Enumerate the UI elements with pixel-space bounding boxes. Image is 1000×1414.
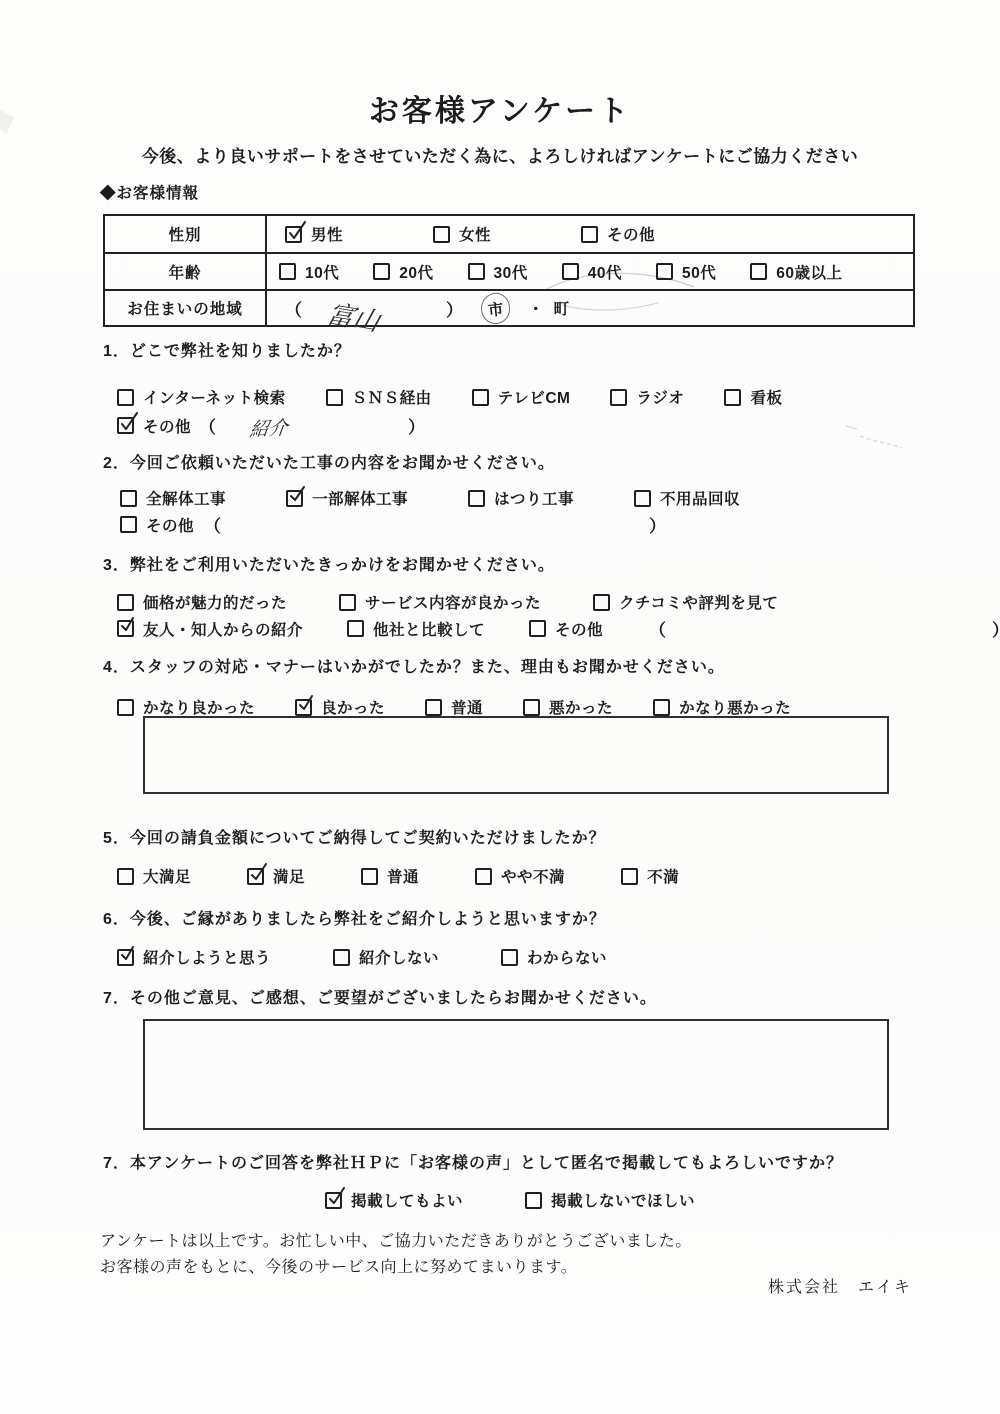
checkbox-friend-referral[interactable] (117, 620, 134, 637)
checkbox-compare-others[interactable] (347, 620, 364, 637)
checkbox-label: 50代 (682, 261, 716, 283)
footer-thanks-line: アンケートは以上です。お忙しい中、ご協力いただきありがとうございました。 (100, 1228, 692, 1251)
q3-options-row2: 友人・知人からの紹介 他社と比較して その他 （ ） (117, 616, 1000, 641)
checkbox-radio[interactable] (610, 389, 627, 406)
paren-close: ） (446, 296, 463, 321)
separator-dot: ・ (528, 297, 544, 319)
checkbox-will-refer[interactable] (117, 949, 134, 966)
blank-space (288, 425, 408, 426)
checkbox-label: 30代 (494, 261, 528, 283)
checkbox-age-60plus[interactable] (750, 263, 767, 280)
q7b-options-row: 掲載してもよい 掲載しないでほしい (325, 1189, 695, 1211)
q5-options-row: 大満足 満足 普通 やや不満 不満 (117, 865, 679, 887)
checkbox-gender-other[interactable] (581, 226, 598, 243)
checkbox-junk-removal[interactable] (634, 490, 651, 507)
checkbox-partial-demolition[interactable] (286, 490, 303, 507)
option-internet-search[interactable]: インターネット検索 (117, 386, 286, 408)
checkbox-label: その他 (146, 514, 194, 536)
checkbox-dissatisfied[interactable] (621, 868, 638, 885)
customer-info-heading: ◆お客様情報 (100, 181, 199, 203)
footer-improve-line: お客様の声をもとに、今後のサービス向上に努めてまいります。 (100, 1254, 577, 1277)
option-chipping-work[interactable]: はつり工事 (468, 487, 574, 509)
check-mark-icon (325, 1186, 349, 1210)
option-q2-other[interactable]: その他 (120, 514, 194, 536)
table-row-area: お住まいの地域 （ 富山 ） 市 ・ 町 (105, 291, 913, 325)
option-partial-demolition[interactable]: 一部解体工事 (286, 487, 408, 509)
q3-options-row1: 価格が魅力的だった サービス内容が良かった クチコミや評判を見て (117, 591, 778, 613)
checkbox-allow-publication[interactable] (325, 1192, 342, 1209)
option-age-40s[interactable]: 40代 (562, 261, 622, 283)
checkbox-label: その他 (143, 415, 191, 437)
customer-info-table: 性別 男性 女性 その他 年齢 (103, 214, 915, 327)
checkbox-good[interactable] (295, 699, 312, 716)
checkbox-label: その他 (607, 223, 655, 245)
checkbox-label: 掲載してもよい (351, 1189, 463, 1211)
checkbox-label: はつり工事 (494, 487, 574, 509)
option-very-bad[interactable]: かなり悪かった (653, 696, 791, 718)
blank-space (221, 524, 649, 525)
paren-open: （ (204, 512, 221, 537)
checkbox-q2-other[interactable] (120, 516, 137, 533)
checkbox-chipping-work[interactable] (468, 490, 485, 507)
checkbox-label: 不用品回収 (660, 487, 740, 509)
checkbox-age-50s[interactable] (656, 263, 673, 280)
option-gender-female[interactable]: 女性 (433, 223, 491, 245)
checkbox-sns[interactable] (326, 389, 343, 406)
checkbox-label: 紹介しない (359, 946, 439, 968)
option-q1-other[interactable]: その他 (117, 415, 191, 437)
paren-open: （ (285, 296, 302, 321)
option-wont-refer[interactable]: 紹介しない (333, 946, 439, 968)
checkbox-signboard[interactable] (724, 389, 741, 406)
checkbox-label: かなり良かった (143, 696, 255, 718)
q6-options-row: 紹介しようと思う 紹介しない わからない (117, 946, 607, 968)
checkbox-label: サービス内容が良かった (365, 591, 541, 613)
q1-other-row: その他 （ 紹介 ） (117, 412, 425, 439)
checkbox-age-10s[interactable] (279, 263, 296, 280)
checkbox-label: 他社と比較して (373, 618, 485, 640)
paren-close: ） (408, 413, 425, 438)
checkbox-label: やや不満 (501, 865, 565, 887)
checkbox-label: インターネット検索 (143, 386, 286, 408)
q4-heading: 4．スタッフの対応・マナーはいかがでしたか？また、理由もお聞かせください。 (103, 654, 725, 677)
page-subtitle: 今後、より良いサポートをさせていただく為に、よろしければアンケートにご協力くださ… (0, 142, 1000, 167)
paren-open: （ (199, 413, 216, 438)
checkbox-reviews[interactable] (593, 594, 610, 611)
checkbox-internet-search[interactable] (117, 389, 134, 406)
option-very-satisfied[interactable]: 大満足 (117, 865, 191, 887)
option-sns[interactable]: ＳＮＳ経由 (326, 386, 432, 408)
checkbox-somewhat-dissatisfied[interactable] (475, 868, 492, 885)
checkbox-label: テレビCM (498, 386, 571, 408)
row-label-area: お住まいの地域 (105, 291, 267, 325)
option-signboard[interactable]: 看板 (724, 386, 782, 408)
option-gender-male[interactable]: 男性 (285, 223, 343, 245)
checkbox-age-20s[interactable] (373, 263, 390, 280)
checkbox-label: 大満足 (143, 865, 191, 887)
company-name: 株式会社 エイキ (768, 1274, 912, 1297)
checkbox-label: ラジオ (636, 386, 684, 408)
q1-options-row: インターネット検索 ＳＮＳ経由 テレビCM ラジオ 看板 (117, 386, 782, 408)
checkbox-label: 掲載しないでほしい (551, 1189, 695, 1211)
checkbox-age-30s[interactable] (468, 263, 485, 280)
checkbox-attractive-price[interactable] (117, 594, 134, 611)
option-will-refer[interactable]: 紹介しようと思う (117, 946, 271, 968)
checkbox-q5-normal[interactable] (361, 868, 378, 885)
checkbox-very-satisfied[interactable] (117, 868, 134, 885)
checkbox-label: 60歳以上 (776, 261, 842, 283)
q3-heading: 3．弊社をご利用いただいたきっかけをお聞かせください。 (103, 552, 555, 575)
circled-city-mark: 市 (479, 291, 511, 325)
option-dissatisfied[interactable]: 不満 (621, 865, 679, 887)
checkbox-good-service[interactable] (339, 594, 356, 611)
checkbox-full-demolition[interactable] (120, 490, 137, 507)
checkbox-label: 不満 (647, 865, 679, 887)
paren-close: ） (649, 512, 666, 537)
checkbox-label: 女性 (459, 223, 491, 245)
checkbox-label: 紹介しようと思う (143, 946, 271, 968)
option-friend-referral[interactable]: 友人・知人からの紹介 (117, 618, 303, 640)
checkbox-label: 10代 (305, 261, 339, 283)
option-good[interactable]: 良かった (295, 696, 385, 718)
row-label-age: 年齢 (105, 254, 267, 289)
check-mark-icon (117, 411, 141, 435)
checkbox-label: かなり悪かった (679, 696, 791, 718)
town-label: 町 (554, 297, 570, 319)
checkbox-label: 良かった (321, 696, 385, 718)
checkbox-age-40s[interactable] (562, 263, 579, 280)
blank-space (382, 308, 446, 309)
q1-heading: 1．どこで弊社を知りましたか？ (103, 338, 351, 361)
checkbox-q1-other[interactable] (117, 417, 134, 434)
option-age-50s[interactable]: 50代 (656, 261, 716, 283)
table-row-age: 年齢 10代 20代 30代 40代 (105, 254, 913, 291)
checkbox-label: ＳＮＳ経由 (352, 386, 432, 408)
checkbox-label: 価格が魅力的だった (143, 591, 287, 613)
checkbox-label: 一部解体工事 (312, 487, 408, 509)
checkbox-label: 普通 (387, 865, 419, 887)
checkbox-satisfied[interactable] (247, 868, 264, 885)
option-age-30s[interactable]: 30代 (468, 261, 528, 283)
option-tv-cm[interactable]: テレビCM (472, 386, 571, 408)
q5-heading: 5．今回の請負金額についてご納得してご契約いただけましたか？ (103, 825, 606, 848)
checkbox-q3-other[interactable] (529, 620, 546, 637)
handwritten-q1-other-value: 紹介 (248, 413, 289, 442)
checkbox-very-good[interactable] (117, 699, 134, 716)
option-gender-other[interactable]: その他 (581, 223, 655, 245)
q6-heading: 6．今後、ご縁がありましたら弊社をご紹介しようと思いますか？ (103, 906, 606, 929)
option-deny-publication[interactable]: 掲載しないでほしい (525, 1189, 695, 1211)
checkbox-label: 悪かった (549, 696, 613, 718)
checkbox-tv-cm[interactable] (472, 389, 489, 406)
option-very-good[interactable]: かなり良かった (117, 696, 255, 718)
checkbox-label: その他 (555, 618, 603, 640)
option-dont-know[interactable]: わからない (501, 946, 607, 968)
checkbox-label: クチコミや評判を見て (619, 591, 778, 613)
q7-heading: 7．その他ご意見、ご感想、ご要望がございましたらお聞かせください。 (103, 985, 657, 1008)
checkbox-label: 20代 (399, 261, 433, 283)
check-mark-icon (117, 943, 141, 967)
option-satisfied[interactable]: 満足 (247, 865, 305, 887)
row-label-gender: 性別 (105, 216, 267, 252)
survey-page: お客様アンケート 今後、より良いサポートをさせていただく為に、よろしければアンケ… (0, 0, 1000, 1414)
option-good-service[interactable]: サービス内容が良かった (339, 591, 541, 613)
checkbox-label: 満足 (273, 865, 305, 887)
option-reviews[interactable]: クチコミや評判を見て (593, 591, 778, 613)
checkbox-very-bad[interactable] (653, 699, 670, 716)
paren-open: （ (649, 616, 666, 641)
handwritten-area-value: 富山 (323, 294, 384, 338)
option-q3-other[interactable]: その他 (529, 618, 603, 640)
q2-options-row: 全解体工事 一部解体工事 はつり工事 不用品回収 (120, 487, 740, 509)
option-allow-publication[interactable]: 掲載してもよい (325, 1189, 463, 1211)
option-junk-removal[interactable]: 不用品回収 (634, 487, 740, 509)
q4-options-row: かなり良かった 良かった 普通 悪かった かなり悪かった (117, 696, 791, 718)
option-normal[interactable]: 普通 (425, 696, 483, 718)
option-attractive-price[interactable]: 価格が魅力的だった (117, 591, 287, 613)
checkbox-wont-refer[interactable] (333, 949, 350, 966)
city-label: 市 (487, 296, 505, 320)
option-full-demolition[interactable]: 全解体工事 (120, 487, 226, 509)
checkbox-male[interactable] (285, 226, 302, 243)
option-bad[interactable]: 悪かった (523, 696, 613, 718)
check-mark-icon (117, 614, 141, 638)
check-mark-icon (295, 693, 319, 717)
checkbox-dont-know[interactable] (501, 949, 518, 966)
blank-space (710, 628, 948, 629)
checkbox-label: わからない (527, 946, 607, 968)
option-radio[interactable]: ラジオ (610, 386, 684, 408)
checkbox-deny-publication[interactable] (525, 1192, 542, 1209)
check-mark-icon (247, 862, 271, 886)
q4-comment-box[interactable] (143, 716, 889, 794)
option-age-10s[interactable]: 10代 (279, 261, 339, 283)
checkbox-label: 看板 (750, 386, 782, 408)
page-title: お客様アンケート (0, 86, 1000, 130)
check-mark-icon (286, 484, 310, 508)
checkbox-label: 全解体工事 (146, 487, 226, 509)
paren-close: ） (992, 616, 1000, 641)
checkbox-label: 普通 (451, 696, 483, 718)
checkbox-label: 40代 (588, 261, 622, 283)
q2-other-row: その他 （ ） (120, 512, 666, 537)
checkbox-normal[interactable] (425, 699, 442, 716)
checkbox-female[interactable] (433, 226, 450, 243)
option-age-20s[interactable]: 20代 (373, 261, 433, 283)
check-mark-icon (285, 220, 309, 244)
checkbox-label: 男性 (311, 223, 343, 245)
q7-comment-box[interactable] (143, 1019, 889, 1130)
option-compare-others[interactable]: 他社と比較して (347, 618, 485, 640)
option-somewhat-dissatisfied[interactable]: やや不満 (475, 865, 565, 887)
table-row-gender: 性別 男性 女性 その他 (105, 216, 913, 254)
option-age-60plus[interactable]: 60歳以上 (750, 261, 842, 283)
checkbox-bad[interactable] (523, 699, 540, 716)
option-q5-normal[interactable]: 普通 (361, 865, 419, 887)
checkbox-label: 友人・知人からの紹介 (143, 618, 303, 640)
q2-heading: 2．今回ご依頼いただいた工事の内容をお聞かせください。 (103, 450, 555, 473)
q7b-heading: 7．本アンケートのご回答を弊社ＨＰに「お客様の声」として匿名で掲載してもよろしい… (103, 1150, 843, 1173)
